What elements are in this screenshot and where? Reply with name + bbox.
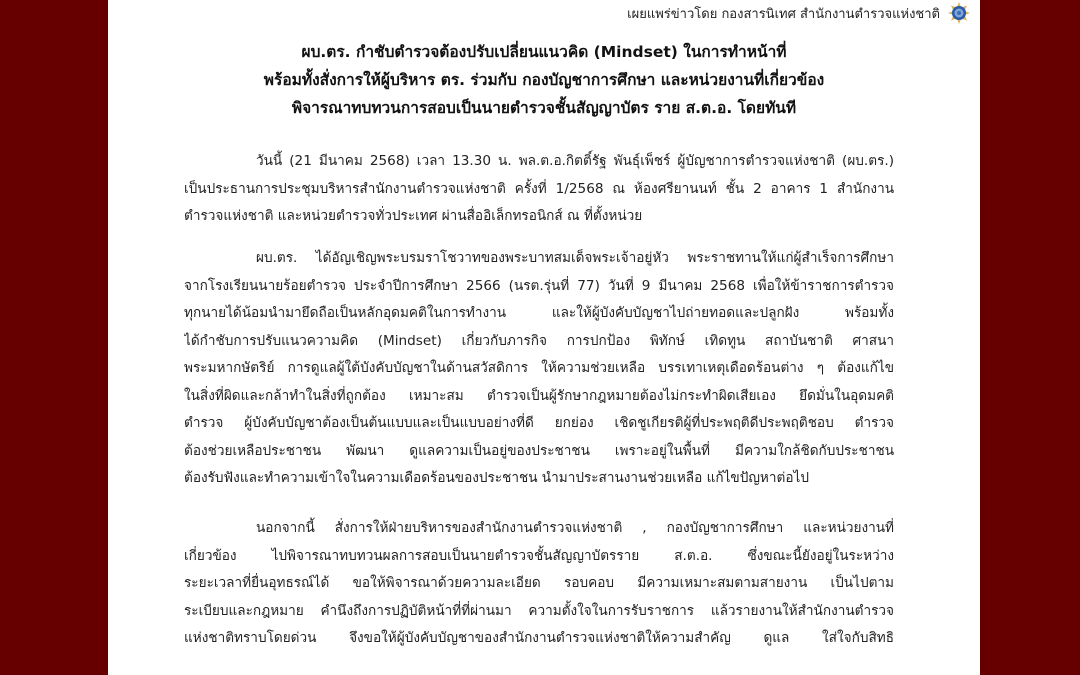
- paragraph-line: จากโรงเรียนนายร้อยตำรวจ ประจำปีการศึกษา …: [184, 273, 894, 301]
- police-emblem-icon: [948, 2, 970, 24]
- paragraph-line: วันนี้ (21 มีนาคม 2568) เวลา 13.30 น. พล…: [184, 148, 894, 176]
- publisher-text: เผยแพร่ข่าวโดย กองสารนิเทศ สำนักงานตำรวจ…: [627, 3, 940, 24]
- paragraph-line: ต้องรับฟังและทำความเข้าใจในความเดือดร้อน…: [184, 465, 894, 493]
- paragraph-line: ตำรวจ ผู้บังคับบัญชาต้องเป็นต้นแบบและเป็…: [184, 410, 894, 438]
- title-line: พิจารณาทบทวนการสอบเป็นนายตำรวจชั้นสัญญาบ…: [108, 94, 980, 122]
- news-title: ผบ.ตร. กำชับตำรวจต้องปรับเปลี่ยนแนวคิด (…: [108, 38, 980, 122]
- paragraph-line: ระยะเวลาที่ยื่นอุทธรณ์ได้ ขอให้พิจารณาด้…: [184, 570, 894, 598]
- paragraph-line: ได้กำชับการปรับแนวความคิด (Mindset) เกี่…: [184, 328, 894, 356]
- title-line: ผบ.ตร. กำชับตำรวจต้องปรับเปลี่ยนแนวคิด (…: [108, 38, 980, 66]
- paragraph-line: แห่งชาติทราบโดยด่วน จึงขอให้ผู้บังคับบัญ…: [184, 625, 894, 653]
- paragraph-line: นอกจากนี้ สั่งการให้ฝ่ายบริหารของสำนักงา…: [184, 515, 894, 543]
- paragraph-line: ทุกนายได้น้อมนำมายึดถือเป็นหลักอุดมคติใน…: [184, 300, 894, 328]
- paragraph-1: วันนี้ (21 มีนาคม 2568) เวลา 13.30 น. พล…: [184, 148, 894, 231]
- paragraph-line: ตำรวจแห่งชาติ และหน่วยตำรวจทั่วประเทศ ผ่…: [184, 203, 894, 231]
- paragraph-line: ผบ.ตร. ได้อัญเชิญพระบรมราโชวาทของพระบาทส…: [184, 245, 894, 273]
- paragraph-line: ในสิ่งที่ผิดและกล้าทำในสิ่งที่ถูกต้อง เห…: [184, 383, 894, 411]
- paragraph-line: พระมหากษัตริย์ การดูแลผู้ใต้บังคับบัญชาใ…: [184, 355, 894, 383]
- news-document-page: เผยแพร่ข่าวโดย กองสารนิเทศ สำนักงานตำรวจ…: [108, 0, 980, 675]
- paragraph-line: ระเบียบและกฎหมาย คำนึงถึงการปฏิบัติหน้าท…: [184, 598, 894, 626]
- paragraph-line: ต้องช่วยเหลือประชาชน พัฒนา ดูแลความเป็นอ…: [184, 438, 894, 466]
- paragraph-2: ผบ.ตร. ได้อัญเชิญพระบรมราโชวาทของพระบาทส…: [184, 245, 894, 493]
- title-line: พร้อมทั้งสั่งการให้ผู้บริหาร ตร. ร่วมกับ…: [108, 66, 980, 94]
- paragraph-3: นอกจากนี้ สั่งการให้ฝ่ายบริหารของสำนักงา…: [184, 515, 894, 653]
- paragraph-line: เกี่ยวข้อง ไปพิจารณาทบทวนผลการสอบเป็นนาย…: [184, 543, 894, 571]
- publisher-header: เผยแพร่ข่าวโดย กองสารนิเทศ สำนักงานตำรวจ…: [627, 0, 970, 26]
- paragraph-line: เป็นประธานการประชุมบริหารสำนักงานตำรวจแห…: [184, 176, 894, 204]
